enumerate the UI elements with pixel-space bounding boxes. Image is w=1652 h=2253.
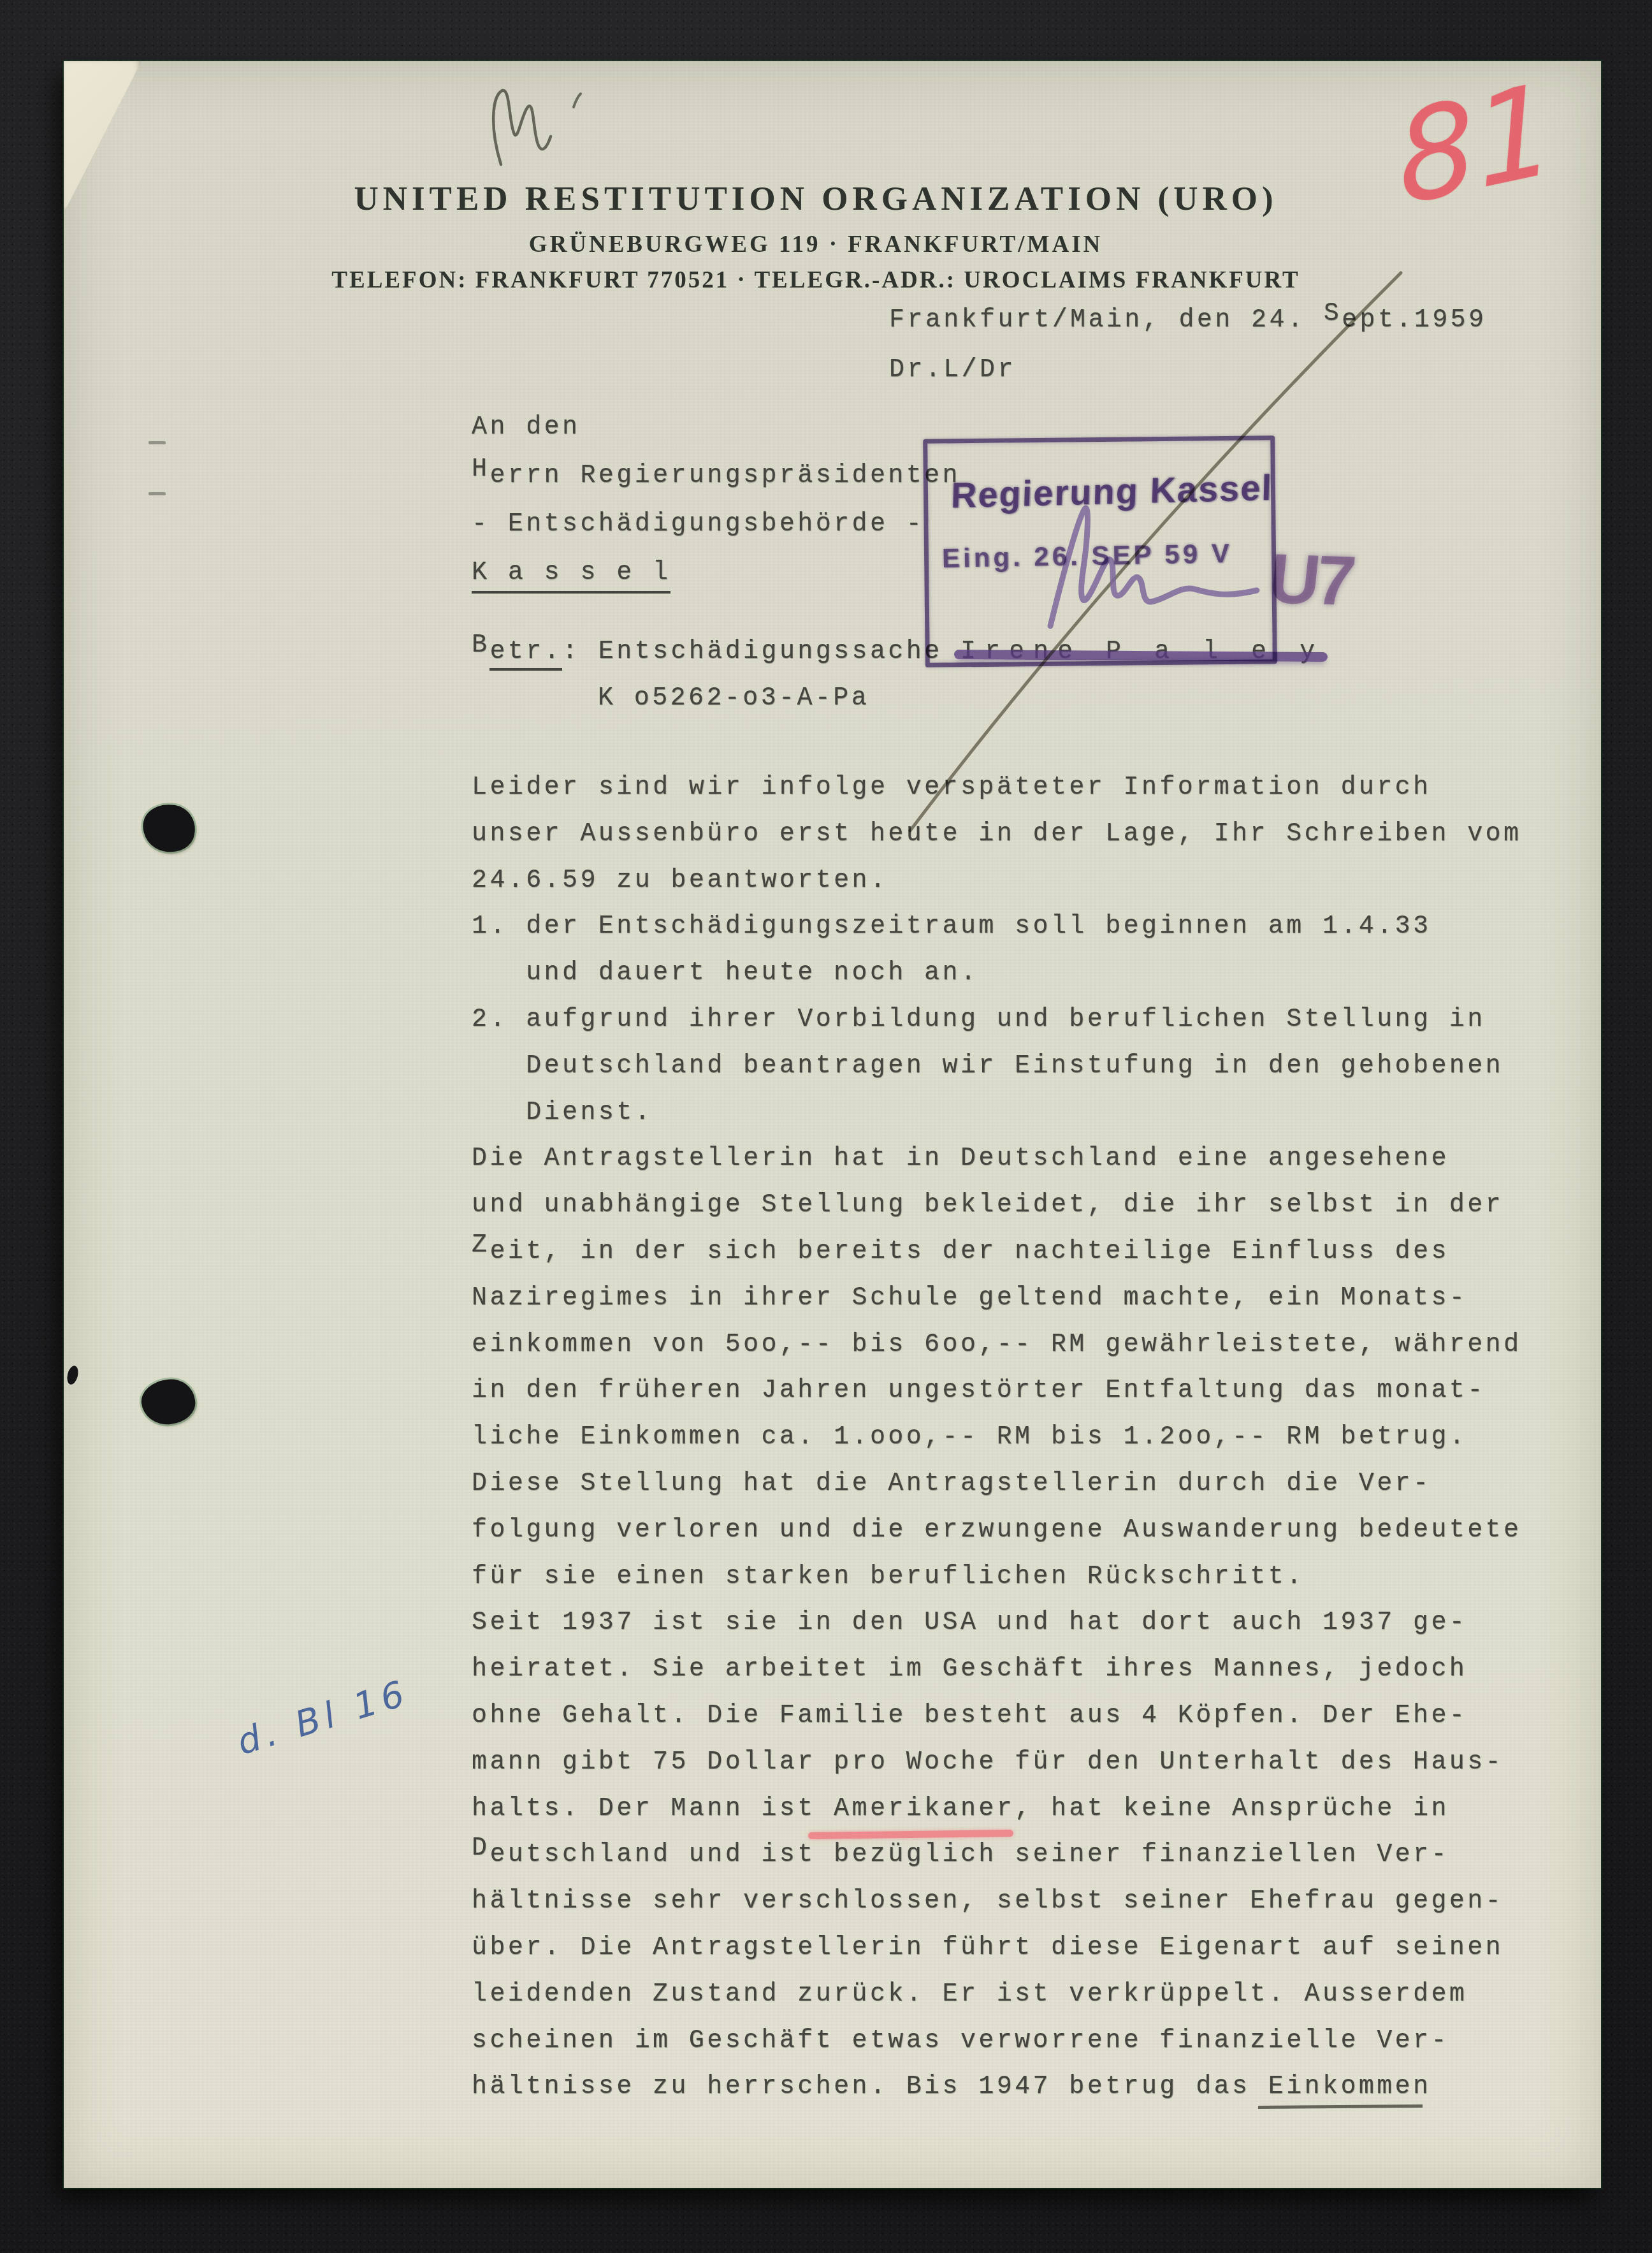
handwritten-strokes-layer [0, 0, 1652, 2253]
stamp-initials-handwritten [1050, 508, 1257, 626]
pencil-diagonal-slash [910, 273, 1401, 831]
pencil-apostrophe [574, 94, 581, 107]
scan-background: UNITED RESTITUTION ORGANIZATION (URO) GR… [0, 0, 1652, 2253]
pencil-squiggle [493, 91, 551, 164]
